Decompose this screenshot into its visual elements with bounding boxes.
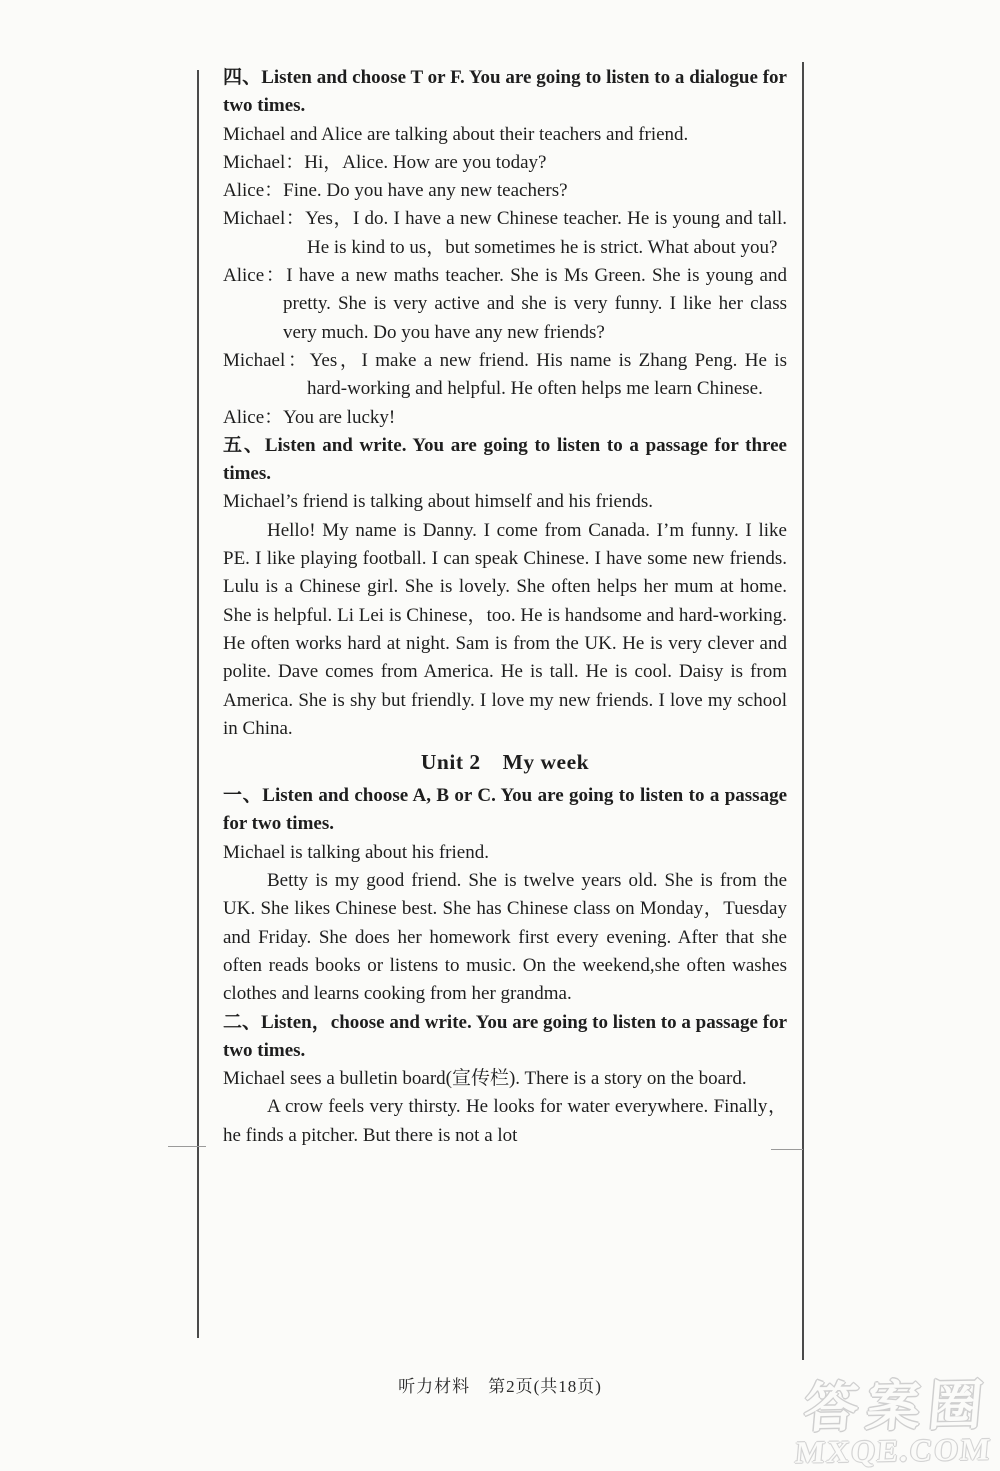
dialogue-text: Hi，Alice. How are you today? bbox=[304, 152, 546, 173]
unit-2-heading: Unit 2 My week bbox=[223, 747, 787, 777]
dialogue-text: Yes，I make a new friend. His name is Zha… bbox=[307, 350, 787, 399]
text-column: 四、Listen and choose T or F. You are goin… bbox=[223, 64, 787, 1150]
speaker-name: Alice： bbox=[223, 407, 283, 428]
dialogue-text: Fine. Do you have any new teachers? bbox=[283, 180, 567, 201]
section-five-title: 五、Listen and write. You are going to lis… bbox=[223, 432, 787, 489]
section-one-passage: Betty is my good friend. She is twelve y… bbox=[223, 867, 787, 1008]
speaker-name: Alice： bbox=[223, 180, 283, 201]
answer-circle-logo: 答案圈 bbox=[797, 1377, 998, 1436]
left-border-line bbox=[197, 70, 199, 1338]
section-two-title: 二、Listen，choose and write. You are going… bbox=[223, 1009, 787, 1066]
watermark: 答案圈 MXQE.COM bbox=[794, 1377, 998, 1468]
left-margin-tick bbox=[168, 1146, 206, 1147]
section-two-passage: A crow feels very thirsty. He looks for … bbox=[223, 1093, 787, 1150]
section-four-intro: Michael and Alice are talking about thei… bbox=[223, 121, 787, 149]
section-one-title: 一、Listen and choose A, B or C. You are g… bbox=[223, 782, 787, 839]
speaker-name: Michael： bbox=[223, 208, 305, 229]
section-two-intro: Michael sees a bulletin board(宣传栏). Ther… bbox=[223, 1065, 787, 1093]
dialogue-text: Yes，I do. I have a new Chinese teacher. … bbox=[305, 208, 787, 257]
scanned-document-page: 四、Listen and choose T or F. You are goin… bbox=[0, 0, 1000, 1471]
speaker-name: Michael： bbox=[223, 152, 304, 173]
watermark-site-url: MXQE.COM bbox=[794, 1433, 993, 1468]
dialogue-line: Alice：Fine. Do you have any new teachers… bbox=[223, 177, 787, 205]
dialogue-text: You are lucky! bbox=[283, 407, 395, 428]
dialogue-line: Alice：I have a new maths teacher. She is… bbox=[223, 262, 787, 347]
dialogue-line: Alice：You are lucky! bbox=[223, 404, 787, 432]
speaker-name: Michael： bbox=[223, 350, 310, 371]
dialogue-line: Michael：Hi，Alice. How are you today? bbox=[223, 149, 787, 177]
speaker-name: Alice： bbox=[223, 265, 286, 286]
section-one-intro: Michael is talking about his friend. bbox=[223, 839, 787, 867]
dialogue-text: I have a new maths teacher. She is Ms Gr… bbox=[283, 265, 787, 343]
page-footer: 听力材料 第2页(共18页) bbox=[200, 1372, 800, 1397]
dialogue-line: Michael：Yes，I do. I have a new Chinese t… bbox=[223, 205, 787, 262]
dialogue-line: Michael：Yes，I make a new friend. His nam… bbox=[223, 347, 787, 404]
right-border-line bbox=[802, 62, 804, 1360]
section-five-intro: Michael’s friend is talking about himsel… bbox=[223, 488, 787, 516]
section-four-title: 四、Listen and choose T or F. You are goin… bbox=[223, 64, 787, 121]
section-five-passage: Hello! My name is Danny. I come from Can… bbox=[223, 517, 787, 743]
